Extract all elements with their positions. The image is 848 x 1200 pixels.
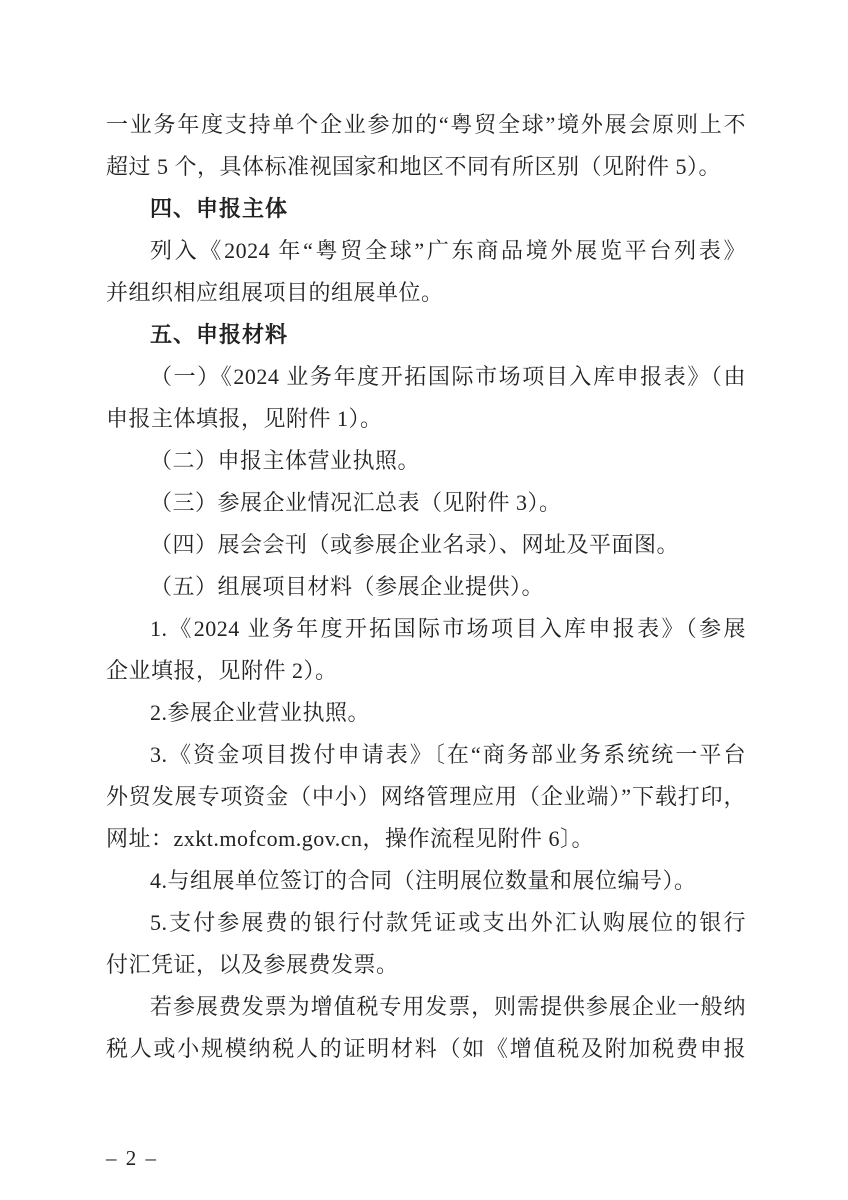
text-line: 企业填报，见附件 2）。 [106,650,746,692]
text-line: （二）申报主体营业执照。 [106,440,746,482]
text-line: 3.《资金项目拨付申请表》〔在“商务部业务系统统一平台 [106,734,746,776]
text-line: 网址：zxkt.mofcom.gov.cn，操作流程见附件 6〕。 [106,818,746,860]
section-heading-five: 五、申报材料 [106,314,746,356]
text-line: 5.支付参展费的银行付款凭证或支出外汇认购展位的银行 [106,902,746,944]
text-line: 4.与组展单位签订的合同（注明展位数量和展位编号）。 [106,860,746,902]
section-heading-four: 四、申报主体 [106,188,746,230]
text-line: 税人或小规模纳税人的证明材料（如《增值税及附加税费申报表》 [106,1028,746,1070]
text-line: 1.《2024 业务年度开拓国际市场项目入库申报表》（参展 [106,608,746,650]
page-number: – 2 – [106,1146,158,1171]
text-line: 申报主体填报，见附件 1）。 [106,398,746,440]
text-line: 2.参展企业营业执照。 [106,692,746,734]
document-body: 一业务年度支持单个企业参加的“粤贸全球”境外展会原则上不 超过 5 个，具体标准… [106,104,746,1070]
text-line: 超过 5 个，具体标准视国家和地区不同有所区别（见附件 5）。 [106,146,746,188]
document-page: 一业务年度支持单个企业参加的“粤贸全球”境外展会原则上不 超过 5 个，具体标准… [0,0,848,1200]
text-line: 付汇凭证，以及参展费发票。 [106,944,746,986]
text-line: 若参展费发票为增值税专用发票，则需提供参展企业一般纳 [106,986,746,1028]
text-line: 外贸发展专项资金（中小）网络管理应用（企业端）”下载打印， [106,776,746,818]
text-line: 一业务年度支持单个企业参加的“粤贸全球”境外展会原则上不 [106,104,746,146]
text-line: 列入《2024 年“粤贸全球”广东商品境外展览平台列表》 [106,230,746,272]
text-line: （一）《2024 业务年度开拓国际市场项目入库申报表》（由 [106,356,746,398]
text-line: （五）组展项目材料（参展企业提供）。 [106,566,746,608]
text-line: 并组织相应组展项目的组展单位。 [106,272,746,314]
text-line: （四）展会会刊（或参展企业名录）、网址及平面图。 [106,524,746,566]
text-line: （三）参展企业情况汇总表（见附件 3）。 [106,482,746,524]
